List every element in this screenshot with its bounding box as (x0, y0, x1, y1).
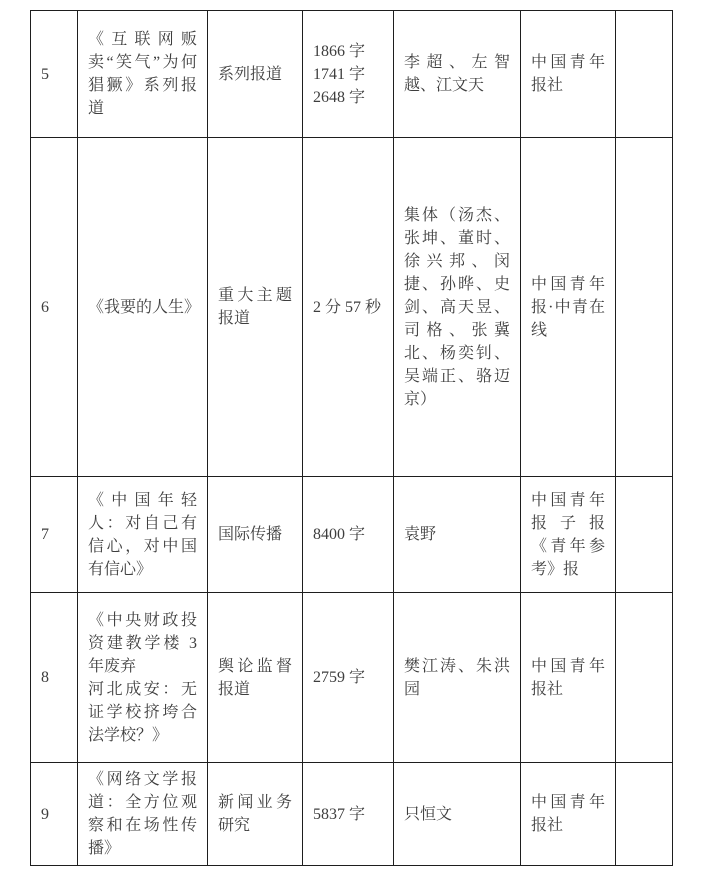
cell-report-title: 《互联网贩卖“笑气”为何猖獗》系列报道 (78, 11, 208, 138)
cell-authors: 只恒文 (394, 763, 521, 866)
cell-authors: 袁野 (394, 477, 521, 593)
cell-remark (616, 11, 673, 138)
cell-authors: 集体（汤杰、张坤、董时、徐兴邦、闵捷、孙晔、史剑、高天昱、司格、张冀北、杨奕钊、… (394, 138, 521, 477)
cell-row-number: 8 (31, 593, 78, 763)
cell-report-title: 《我要的人生》 (78, 138, 208, 477)
cell-remark (616, 763, 673, 866)
cell-category: 重大主题报道 (208, 138, 303, 477)
cell-length: 2 分 57 秒 (303, 138, 394, 477)
cell-organization: 中国青年报社 (521, 593, 616, 763)
cell-category: 国际传播 (208, 477, 303, 593)
cell-row-number: 9 (31, 763, 78, 866)
cell-organization: 中国青年报·中青在线 (521, 138, 616, 477)
cell-length: 2759 字 (303, 593, 394, 763)
cell-length: 5837 字 (303, 763, 394, 866)
table-row: 8 《中央财政投资建教学楼 3 年废弃 河北成安：无证学校挤垮合法学校？》 舆论… (31, 593, 673, 763)
cell-organization: 中国青年报社 (521, 11, 616, 138)
cell-report-title: 《中央财政投资建教学楼 3 年废弃 河北成安：无证学校挤垮合法学校？》 (78, 593, 208, 763)
table-row: 5 《互联网贩卖“笑气”为何猖獗》系列报道 系列报道 1866 字 1741 字… (31, 11, 673, 138)
cell-organization: 中国青年报社 (521, 763, 616, 866)
cell-remark (616, 138, 673, 477)
cell-report-title: 《中国年轻人：对自己有信心，对中国有信心》 (78, 477, 208, 593)
cell-category: 舆论监督报道 (208, 593, 303, 763)
cell-row-number: 7 (31, 477, 78, 593)
cell-remark (616, 477, 673, 593)
cell-category: 系列报道 (208, 11, 303, 138)
cell-category: 新闻业务研究 (208, 763, 303, 866)
cell-organization: 中国青年报子报《青年参考》报 (521, 477, 616, 593)
cell-report-title: 《网络文学报道：全方位观察和在场性传播》 (78, 763, 208, 866)
document-page: 5 《互联网贩卖“笑气”为何猖獗》系列报道 系列报道 1866 字 1741 字… (0, 0, 701, 879)
cell-authors: 樊江涛、朱洪园 (394, 593, 521, 763)
report-entries-table: 5 《互联网贩卖“笑气”为何猖獗》系列报道 系列报道 1866 字 1741 字… (30, 10, 673, 866)
table-row: 6 《我要的人生》 重大主题报道 2 分 57 秒 集体（汤杰、张坤、董时、徐兴… (31, 138, 673, 477)
cell-length: 8400 字 (303, 477, 394, 593)
cell-remark (616, 593, 673, 763)
cell-authors: 李超、左智越、江文天 (394, 11, 521, 138)
table-row: 7 《中国年轻人：对自己有信心，对中国有信心》 国际传播 8400 字 袁野 中… (31, 477, 673, 593)
cell-row-number: 6 (31, 138, 78, 477)
cell-length: 1866 字 1741 字 2648 字 (303, 11, 394, 138)
cell-row-number: 5 (31, 11, 78, 138)
table-row: 9 《网络文学报道：全方位观察和在场性传播》 新闻业务研究 5837 字 只恒文… (31, 763, 673, 866)
